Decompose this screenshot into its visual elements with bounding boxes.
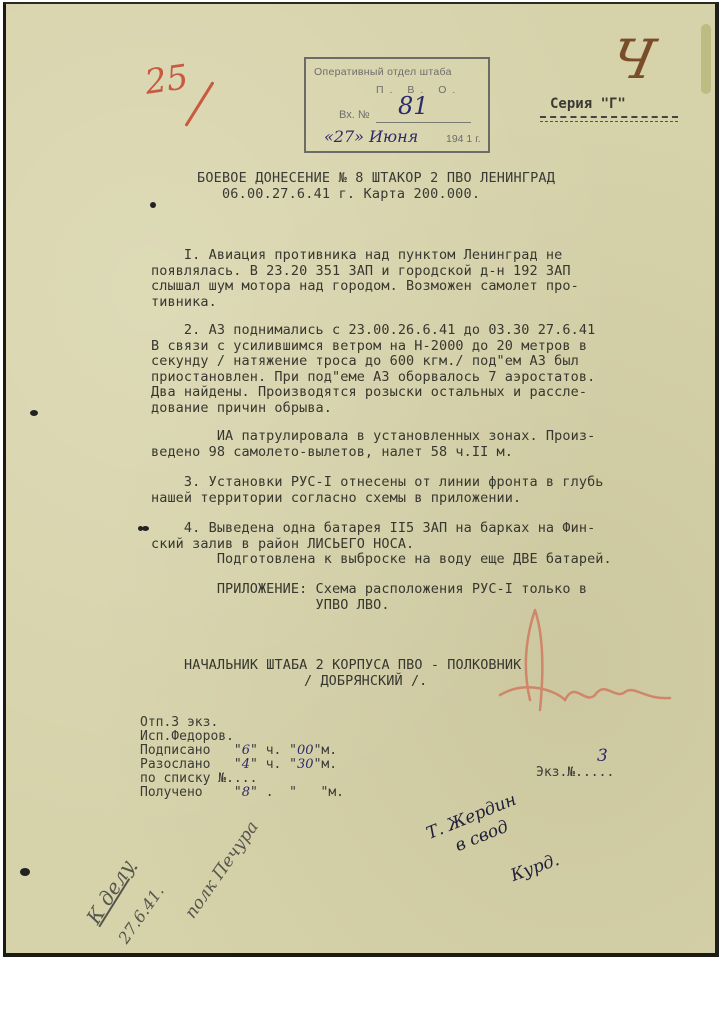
stamp-date-month: Июня <box>369 127 418 146</box>
document-title: БОЕВОЕ ДОНЕСЕНИЕ № 8 ШТАКОР 2 ПВО ЛЕНИНГ… <box>197 170 555 202</box>
paper-speck <box>138 526 143 531</box>
paragraph-2-aviation: ИА патрулировала в установленных зонах. … <box>151 429 721 460</box>
hole-punch-dot <box>150 202 156 208</box>
paper-speck <box>30 410 38 416</box>
paper-speck <box>20 868 30 876</box>
title-line-1: БОЕВОЕ ДОНЕСЕНИЕ № 8 ШТАКОР 2 ПВО ЛЕНИНГ… <box>197 170 555 186</box>
paragraph-4: 4. Выведена одна батарея II5 ЗАП на барк… <box>151 521 721 568</box>
red-pencil-number: 25 <box>142 57 190 103</box>
stamp-incoming-label: Вх. № <box>339 109 370 121</box>
sent-label: Разослано <box>140 757 210 772</box>
distribution-block: Отп.3 экз. Исп.Федоров. Подписано "6" ч.… <box>140 716 344 800</box>
received-label: Получено <box>140 785 203 800</box>
stamp-date-handwritten: «27» Июня <box>324 127 418 146</box>
stamp-date-year: 194 1 г. <box>446 133 481 145</box>
copy-number-handwritten: 3 <box>597 746 608 766</box>
stamp-date-day: 27 <box>334 127 354 146</box>
stamp-underline <box>376 122 471 123</box>
paragraph-3: 3. Установки РУС-I отнесены от линии фро… <box>151 475 721 506</box>
signed-hours: 6 <box>242 743 250 758</box>
sent-minutes: 30 <box>297 757 314 772</box>
paper-speck <box>142 526 149 531</box>
signed-label: Подписано <box>140 743 210 758</box>
paper-stain <box>701 24 711 94</box>
copies-count: Отп.3 экз. <box>140 715 218 730</box>
executor: Исп.Федоров. <box>140 729 234 744</box>
paragraph-1: I. Авиация противника над пунктом Ленинг… <box>151 248 721 310</box>
series-underline <box>540 116 678 122</box>
signed-minutes: 00 <box>297 743 314 758</box>
received-hours: 8 <box>242 785 250 800</box>
title-line-2: 06.00.27.6.41 г. Карта 200.000. <box>222 186 480 202</box>
series-label: Серия "Г" <box>550 96 626 112</box>
list-label: по списку №.... <box>140 771 257 786</box>
paragraph-2: 2. АЗ поднимались с 23.00.26.6.41 до 03.… <box>151 323 721 416</box>
sent-hours: 4 <box>242 757 250 772</box>
stamp-incoming-number: 81 <box>398 92 429 120</box>
incoming-stamp: Оперативный отдел штаба П. В. О. Вх. № 8… <box>304 57 490 153</box>
stamp-department: Оперативный отдел штаба <box>314 66 452 78</box>
copy-number-label: Экз.№..... <box>536 765 614 780</box>
red-signature <box>495 600 675 720</box>
